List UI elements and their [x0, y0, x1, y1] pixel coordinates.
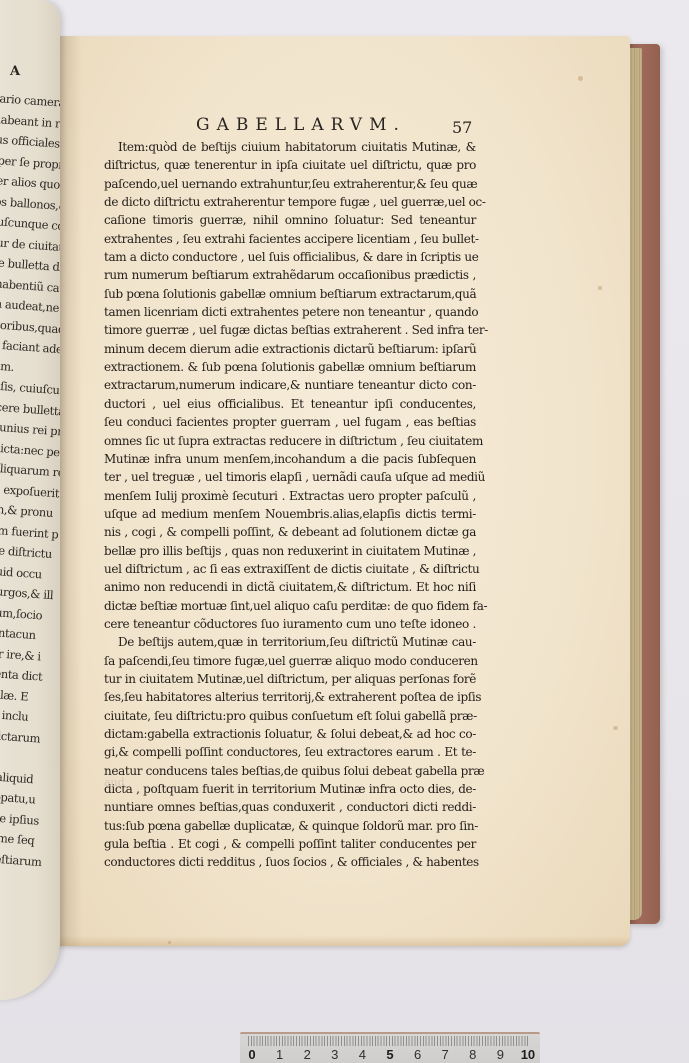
ruler-label: 0 — [244, 1047, 260, 1062]
text-line: timore guerræ , uel fugæ dictas beſtias … — [104, 321, 476, 339]
ruler-label: 3 — [327, 1047, 343, 1062]
left-page: A tario camera aſſihabeant in repoſiius … — [0, 0, 60, 1000]
text-line: dicta , poſtquam fuerit in territorium M… — [104, 780, 476, 798]
running-head: GABELLARVM. — [196, 115, 406, 135]
text-line: extractarum,numerum indicare,& nuntiare … — [104, 376, 476, 394]
text-line: neatur conducens tales beſtias,de quibus… — [104, 762, 476, 780]
text-line: diſtrictus, quæ tenerentur in ipſa ciuit… — [104, 156, 476, 174]
gutter-shadow — [58, 36, 82, 946]
text-line: paſcendo,uel uernando extrahuntur,ſeu ex… — [104, 175, 476, 193]
text-line: cere teneantur cõductores ſuo iuramento … — [104, 615, 476, 633]
text-line: uel diſtrictum , ac ſi eas extraxiſſent … — [104, 560, 476, 578]
text-line: extractionem. & ſub pœna ſolutionis gabe… — [104, 358, 476, 376]
text-line: extrahentes , ſeu extrahi facientes acci… — [104, 230, 476, 248]
text-line: omnes ſic ut ſupra extractas reducere in… — [104, 432, 476, 450]
text-line: minum decem dierum adie extractionis dic… — [104, 340, 476, 358]
ruler-ticks — [248, 1036, 530, 1046]
text-line: Mutinæ infra unum menſem,incohandum a di… — [104, 450, 476, 468]
text-line: tam a dicto conductore , uel ſuis offici… — [104, 248, 476, 266]
text-line: tamen licenriam dicti extrahentes petere… — [104, 303, 476, 321]
text-line: De beſtijs autem,quæ in territorium,ſeu … — [104, 633, 476, 651]
text-line: ter , uel treguæ , uel timoris elapſi , … — [104, 468, 476, 486]
body-text: Item:quòd de beſtijs ciuium habitatorum … — [104, 138, 476, 872]
text-line: bellæ pro illis beſtijs , quas non redux… — [104, 542, 476, 560]
ruler-label: 7 — [437, 1047, 453, 1062]
text-line: menſem Iulij proximè ſecuturi . Extracta… — [104, 487, 476, 505]
text-line: rum numerum beſtiarum extrahẽdarum occaſ… — [104, 266, 476, 284]
left-page-signature: A — [10, 64, 20, 79]
text-line: dictam:gabella extractionis ſoluatur, & … — [104, 725, 476, 743]
text-line: tur in ciuitatem Mutinæ,uel diſtrictum, … — [104, 670, 476, 688]
ruler-labels: 012345678910 — [244, 1047, 536, 1062]
page-number: 57 — [452, 118, 472, 137]
left-page-text: tario camera aſſihabeant in repoſiius of… — [0, 88, 60, 894]
ruler-label: 5 — [382, 1047, 398, 1062]
text-line: conductores dicti redditus , ſuos ſocios… — [104, 853, 476, 871]
text-line: ductori , uel eius officialibus. Et tene… — [104, 395, 476, 413]
text-line: dictæ beſtiæ mortuæ ſint,uel aliquo caſu… — [104, 597, 476, 615]
ruler-label: 8 — [465, 1047, 481, 1062]
ruler-label: 1 — [272, 1047, 288, 1062]
text-line: ſub pœna ſolutionis gabellæ omnium beſti… — [104, 285, 476, 303]
text-line: tus:ſub pœna gabellæ duplicatæ, & quinqu… — [104, 817, 476, 835]
text-line: ſa paſcendi,ſeu timore fugæ,uel guerræ a… — [104, 652, 476, 670]
text-line: gi,& compelli poſſint conductores, ſeu e… — [104, 743, 476, 761]
ruler-label: 9 — [492, 1047, 508, 1062]
text-line: Item:quòd de beſtijs ciuium habitatorum … — [104, 138, 476, 156]
text-line: uſque ad medium menſem Nouembris.alias,e… — [104, 505, 476, 523]
text-line: nis , cogi , & compelli poſſint, & debea… — [104, 523, 476, 541]
text-line: nuntiare omnes beſtias,quas conduxerit ,… — [104, 798, 476, 816]
ruler-label: 10 — [520, 1047, 536, 1062]
ruler-label: 2 — [299, 1047, 315, 1062]
text-line: de dicto diſtrictu extraherentur tempore… — [104, 193, 476, 211]
ruler-label: 6 — [410, 1047, 426, 1062]
text-line: caſione timoris guerræ, nihil omnino ſol… — [104, 211, 476, 229]
ruler-label: 4 — [354, 1047, 370, 1062]
show-through-text: aud — [104, 776, 125, 789]
text-line: animo non reducendi in dictã ciuitatem,&… — [104, 578, 476, 596]
text-line: ſes,ſeu habitatores alterius territorij,… — [104, 688, 476, 706]
text-line: ciuitate, ſeu diſtrictu:pro quibus conſu… — [104, 707, 476, 725]
scale-ruler: 012345678910 — [240, 1032, 540, 1063]
text-line: ſeu conduci facientes propter guerram , … — [104, 413, 476, 431]
text-line: gula beſtia . Et cogi , & compelli poſſi… — [104, 835, 476, 853]
